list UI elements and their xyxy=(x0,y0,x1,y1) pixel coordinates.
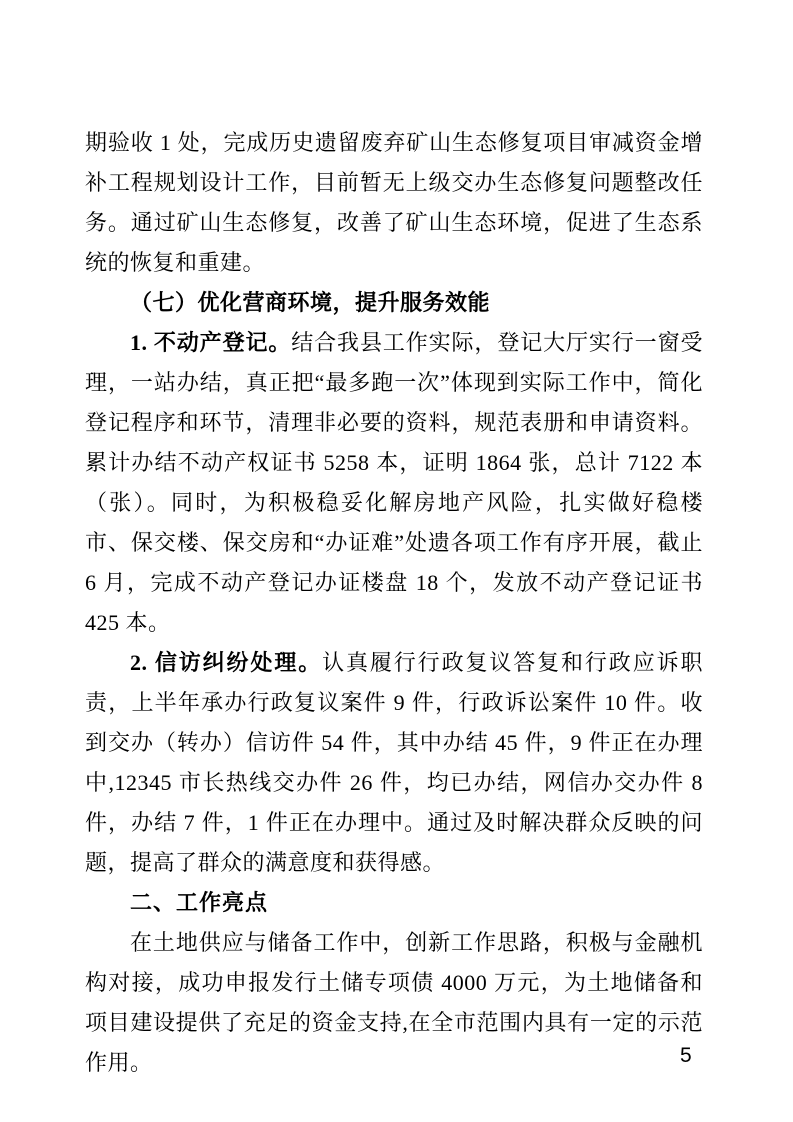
heading-work-highlights: 二、工作亮点 xyxy=(85,883,703,923)
page-number: 5 xyxy=(680,1042,692,1070)
paragraph-mine-restoration: 期验收 1 处，完成历史遗留废弃矿山生态修复项目审减资金增补工程规划设计工作，目… xyxy=(85,123,703,283)
item-1-body-text: 结合我县工作实际，登记大厅实行一窗受理，一站办结，真正把“最多跑一次”体现到实际… xyxy=(85,330,703,635)
item-2-lead-label: 2. 信访纠纷处理。 xyxy=(130,650,322,675)
paragraph-real-estate-registration: 1. 不动产登记。结合我县工作实际，登记大厅实行一窗受理，一站办结，真正把“最多… xyxy=(85,323,703,643)
item-2-body-text: 认真履行行政复议答复和行政应诉职责，上半年承办行政复议案件 9 件，行政诉讼案件… xyxy=(85,650,703,875)
document-page: 期验收 1 处，完成历史遗留废弃矿山生态修复项目审减资金增补工程规划设计工作，目… xyxy=(0,0,793,1122)
item-1-lead-label: 1. 不动产登记。 xyxy=(130,330,291,355)
paragraph-land-supply-highlight: 在土地供应与储备工作中，创新工作思路，积极与金融机构对接，成功申报发行土储专项债… xyxy=(85,923,703,1083)
heading-section-seven: （七）优化营商环境，提升服务效能 xyxy=(85,283,703,323)
paragraph-petition-dispute-handling: 2. 信访纠纷处理。认真履行行政复议答复和行政应诉职责，上半年承办行政复议案件 … xyxy=(85,643,703,883)
document-body: 期验收 1 处，完成历史遗留废弃矿山生态修复项目审减资金增补工程规划设计工作，目… xyxy=(85,123,703,1083)
